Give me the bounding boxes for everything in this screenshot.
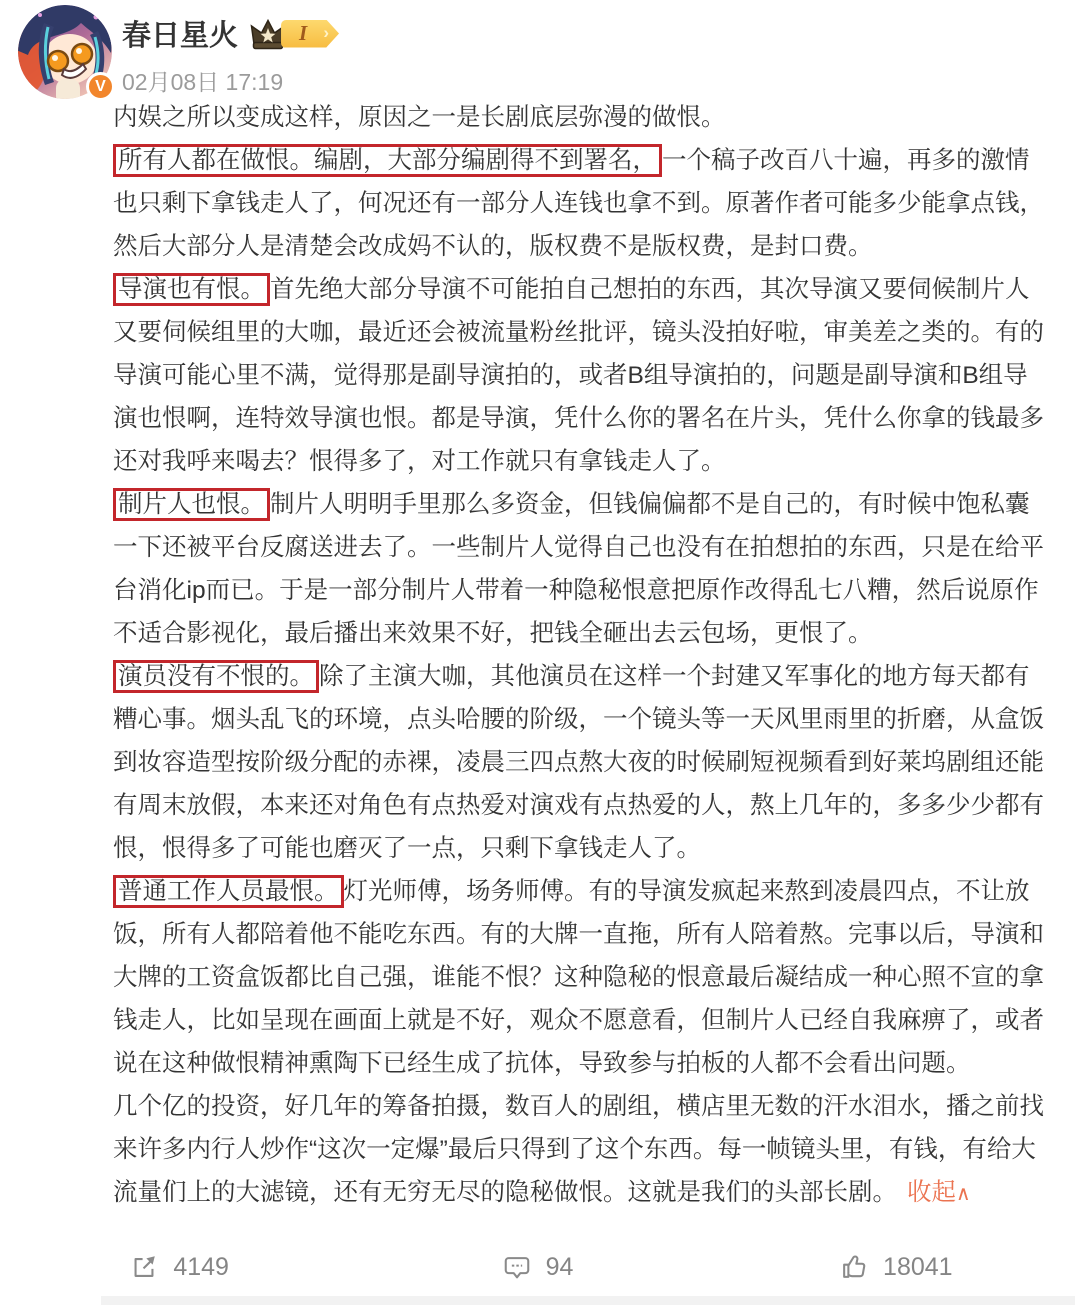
like-count: 18041 <box>883 1253 953 1282</box>
post-paragraph: 内娱之所以变成这样，原因之一是长剧底层弥漫的做恨。 <box>113 96 1049 139</box>
post-paragraph: 演员没有不恨的。除了主演大咖，其他演员在这样一个封建又军事化的地方每天都有糟心事… <box>113 655 1049 870</box>
red-box-highlight: 所有人都在做恨。编剧，大部分编剧得不到署名， <box>113 144 662 177</box>
paragraph-text: 内娱之所以变成这样，原因之一是长剧底层弥漫的做恨。 <box>113 104 726 131</box>
post-divider <box>101 1296 1075 1305</box>
comment-button[interactable]: 94 <box>358 1240 716 1294</box>
collapse-label: 收起 <box>907 1179 956 1206</box>
post-content: 内娱之所以变成这样，原因之一是长剧底层弥漫的做恨。 所有人都在做恨。编剧，大部分… <box>113 96 1049 1216</box>
post-timestamp: 02月08日 17:19 <box>122 64 339 97</box>
post-paragraph: 导演也有恨。首先绝大部分导演不可能拍自己想拍的东西，其次导演又要伺候制片人又要伺… <box>113 268 1049 483</box>
vip-badge[interactable]: I › <box>248 17 339 51</box>
chevron-up-icon: ∧ <box>956 1183 971 1205</box>
red-box-highlight: 普通工作人员最恨。 <box>113 875 344 908</box>
post-paragraph: 制片人也恨。制片人明明手里那么多资金，但钱偏偏都不是自己的，有时候中饱私囊一下还… <box>113 483 1049 655</box>
avatar[interactable]: V <box>18 5 112 99</box>
post-paragraph: 所有人都在做恨。编剧，大部分编剧得不到署名，一个稿子改百八十遍，再多的激情也只剩… <box>113 139 1049 268</box>
red-box-highlight: 导演也有恨。 <box>113 273 270 306</box>
repost-button[interactable]: 4149 <box>0 1240 358 1294</box>
verified-letter: V <box>95 78 106 96</box>
comment-count: 94 <box>546 1253 574 1282</box>
chevron-right-icon: › <box>323 23 329 43</box>
like-button[interactable]: 18041 <box>717 1240 1075 1294</box>
post-action-bar: 4149 94 18041 <box>0 1240 1075 1294</box>
weibo-post-card: V 春日星火 I › 02月08日 17:19 内娱之所以变成这样，原因之一是长… <box>0 0 1075 1305</box>
post-header-info: 春日星火 I › 02月08日 17:19 <box>122 13 339 97</box>
repost-count: 4149 <box>173 1253 229 1282</box>
vip-level-ribbon: I › <box>281 20 339 48</box>
thumbs-up-icon <box>839 1252 869 1282</box>
username[interactable]: 春日星火 <box>122 13 238 54</box>
red-box-highlight: 演员没有不恨的。 <box>113 660 319 693</box>
repost-icon <box>129 1252 159 1282</box>
verified-badge-icon: V <box>86 72 115 101</box>
comment-icon <box>502 1252 532 1282</box>
post-paragraph: 普通工作人员最恨。灯光师傅，场务师傅。有的导演发疯起来熬到凌晨四点，不让放饭，所… <box>113 870 1049 1085</box>
post-paragraph: 几个亿的投资，好几年的筹备拍摄，数百人的剧组，横店里无数的汗水泪水，播之前找来许… <box>113 1085 1049 1216</box>
red-box-highlight: 制片人也恨。 <box>113 488 270 521</box>
paragraph-text: 几个亿的投资，好几年的筹备拍摄，数百人的剧组，横店里无数的汗水泪水，播之前找来许… <box>113 1093 1044 1206</box>
vip-level: I <box>299 21 307 46</box>
collapse-link[interactable]: 收起∧ <box>907 1179 971 1206</box>
